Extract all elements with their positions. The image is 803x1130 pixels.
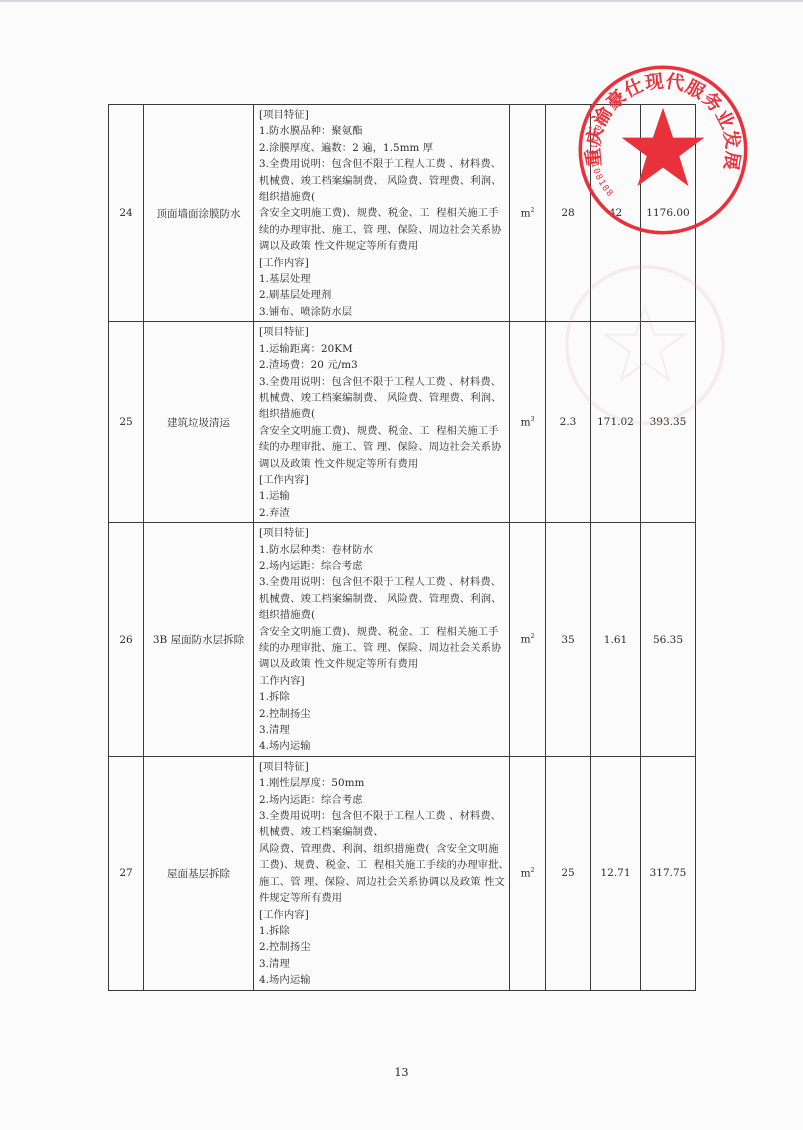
description-line: 1.拆除	[259, 689, 509, 705]
description-line: 工作内容]	[259, 673, 509, 689]
page-top-edge	[0, 0, 803, 2]
description-line: 3.铺布、喷涂防水层	[259, 304, 509, 320]
item-description: [项目特征]1.防水层种类：卷材防水2.场内运距：综合考虑3.全费用说明：包含但…	[254, 523, 510, 757]
unit-label: m	[521, 416, 531, 428]
table-row: 24顶面墙面涂膜防水[项目特征]1.防水膜品种：聚氨酯2.涂膜厚度、遍数：2 遍…	[109, 105, 696, 322]
description-line: 2.场内运距：综合考虑	[259, 558, 509, 574]
description-line: [项目特征]	[259, 107, 509, 123]
item-unit: m2	[510, 756, 546, 990]
description-line: 组织措施费(	[259, 189, 509, 205]
item-number: 25	[109, 322, 144, 523]
description-line: 1.防水膜品种：聚氨酯	[259, 123, 509, 139]
unit-exponent: 2	[531, 207, 535, 214]
description-line: 1.拆除	[259, 923, 509, 939]
item-number: 26	[109, 523, 144, 757]
description-line: 1.运输	[259, 488, 509, 504]
item-quantity: 2.3	[546, 322, 591, 523]
item-quantity: 28	[546, 105, 591, 322]
description-line: 施工、管 理、保险、周边社会关系协调以及政策 性文	[259, 874, 509, 890]
description-line: 调以及政策 性文件规定等所有费用	[259, 456, 509, 472]
description-line: 机械费、竣工档案编制费、 风险费、管理费、利润、	[259, 390, 509, 406]
bill-of-quantities-table: 24顶面墙面涂膜防水[项目特征]1.防水膜品种：聚氨酯2.涂膜厚度、遍数：2 遍…	[108, 104, 696, 991]
description-line: 1.运输距离：20KM	[259, 341, 509, 357]
item-number: 27	[109, 756, 144, 990]
description-line: 续的办理审批、施工、管 理、保险、周边社会关系协	[259, 640, 509, 656]
item-total: 56.35	[641, 523, 696, 757]
description-line: 2.渣场费：20 元/m3	[259, 357, 509, 373]
item-description: [项目特征]1.运输距离：20KM2.渣场费：20 元/m33.全费用说明：包含…	[254, 322, 510, 523]
item-unit-price: 42	[591, 105, 641, 322]
description-line: 工费)、规费、税金、工 程相关施工手续的办理审批、	[259, 857, 509, 873]
description-line: 3.全费用说明：包含但不限于工程人工费 、材料费、	[259, 156, 509, 172]
description-line: 机械费、竣工档案编制费、	[259, 824, 509, 840]
description-line: 风险费、管理费、利润、组织措施费( 含安全文明施	[259, 841, 509, 857]
description-line: 组织措施费(	[259, 406, 509, 422]
item-unit: m2	[510, 105, 546, 322]
description-line: 调以及政策 性文件规定等所有费用	[259, 238, 509, 254]
description-line: 机械费、竣工档案编制费、 风险费、管理费、利润、	[259, 173, 509, 189]
item-unit-price: 12.71	[591, 756, 641, 990]
item-description: [项目特征]1.防水膜品种：聚氨酯2.涂膜厚度、遍数：2 遍，1.5mm 厚3.…	[254, 105, 510, 322]
description-line: 件规定等所有费用	[259, 890, 509, 906]
description-line: 含安全文明施工费)、规费、税金、工 程相关施工手	[259, 423, 509, 439]
table-row: 27屋面基层拆除[项目特征]1.刚性层厚度：50mm2.场内运距：综合考虑3.全…	[109, 756, 696, 990]
unit-label: m	[521, 634, 531, 646]
unit-exponent: 2	[531, 633, 535, 640]
description-line: 1.刚性层厚度：50mm	[259, 775, 509, 791]
description-line: [项目特征]	[259, 759, 509, 775]
description-line: 4.场内运输	[259, 972, 509, 988]
description-line: 1.防水层种类：卷材防水	[259, 542, 509, 558]
table-row: 25建筑垃圾清运[项目特征]1.运输距离：20KM2.渣场费：20 元/m33.…	[109, 322, 696, 523]
description-line: 调以及政策 性文件规定等所有费用	[259, 656, 509, 672]
description-line: [工作内容]	[259, 472, 509, 488]
description-line: 续的办理审批、施工、管 理、保险、周边社会关系协	[259, 222, 509, 238]
description-line: 2.场内运距：综合考虑	[259, 792, 509, 808]
description-line: [项目特征]	[259, 324, 509, 340]
description-line: 含安全文明施工费)、规费、税金、工 程相关施工手	[259, 205, 509, 221]
description-line: 2.控制扬尘	[259, 939, 509, 955]
description-line: 4.场内运输	[259, 738, 509, 754]
item-description: [项目特征]1.刚性层厚度：50mm2.场内运距：综合考虑3.全费用说明：包含但…	[254, 756, 510, 990]
description-line: 含安全文明施工费)、规费、税金、工 程相关施工手	[259, 624, 509, 640]
item-number: 24	[109, 105, 144, 322]
unit-exponent: 3	[531, 416, 535, 423]
description-line: [项目特征]	[259, 525, 509, 541]
item-total: 1176.00	[641, 105, 696, 322]
item-quantity: 25	[546, 756, 591, 990]
description-line: 2.控制扬尘	[259, 706, 509, 722]
item-name: 建筑垃圾清运	[144, 322, 254, 523]
description-line: 3.清理	[259, 722, 509, 738]
table-row: 263B 屋面防水层拆除[项目特征]1.防水层种类：卷材防水2.场内运距：综合考…	[109, 523, 696, 757]
description-line: 3.全费用说明：包含但不限于工程人工费 、材料费、	[259, 574, 509, 590]
description-line: 3.清理	[259, 956, 509, 972]
item-unit: m3	[510, 322, 546, 523]
description-line: 2.弃渣	[259, 505, 509, 521]
description-line: 续的办理审批、施工、管 理、保险、周边社会关系协	[259, 439, 509, 455]
item-unit: m2	[510, 523, 546, 757]
description-line: [工作内容]	[259, 255, 509, 271]
description-line: 机械费、竣工档案编制费、 风险费、管理费、利润、	[259, 591, 509, 607]
description-line: 3.全费用说明：包含但不限于工程人工费 、材料费、	[259, 374, 509, 390]
page-number: 13	[0, 1066, 803, 1079]
item-name: 3B 屋面防水层拆除	[144, 523, 254, 757]
item-quantity: 35	[546, 523, 591, 757]
description-line: 2.涂膜厚度、遍数：2 遍，1.5mm 厚	[259, 140, 509, 156]
item-name: 顶面墙面涂膜防水	[144, 105, 254, 322]
description-line: 3.全费用说明：包含但不限于工程人工费 、材料费、	[259, 808, 509, 824]
item-unit-price: 171.02	[591, 322, 641, 523]
unit-label: m	[521, 867, 531, 879]
unit-exponent: 2	[531, 867, 535, 874]
item-total: 393.35	[641, 322, 696, 523]
unit-label: m	[521, 207, 531, 219]
item-name: 屋面基层拆除	[144, 756, 254, 990]
description-line: 1.基层处理	[259, 271, 509, 287]
item-unit-price: 1.61	[591, 523, 641, 757]
description-line: 2.刷基层处理剂	[259, 287, 509, 303]
item-total: 317.75	[641, 756, 696, 990]
description-line: [工作内容]	[259, 907, 509, 923]
description-line: 组织措施费(	[259, 607, 509, 623]
